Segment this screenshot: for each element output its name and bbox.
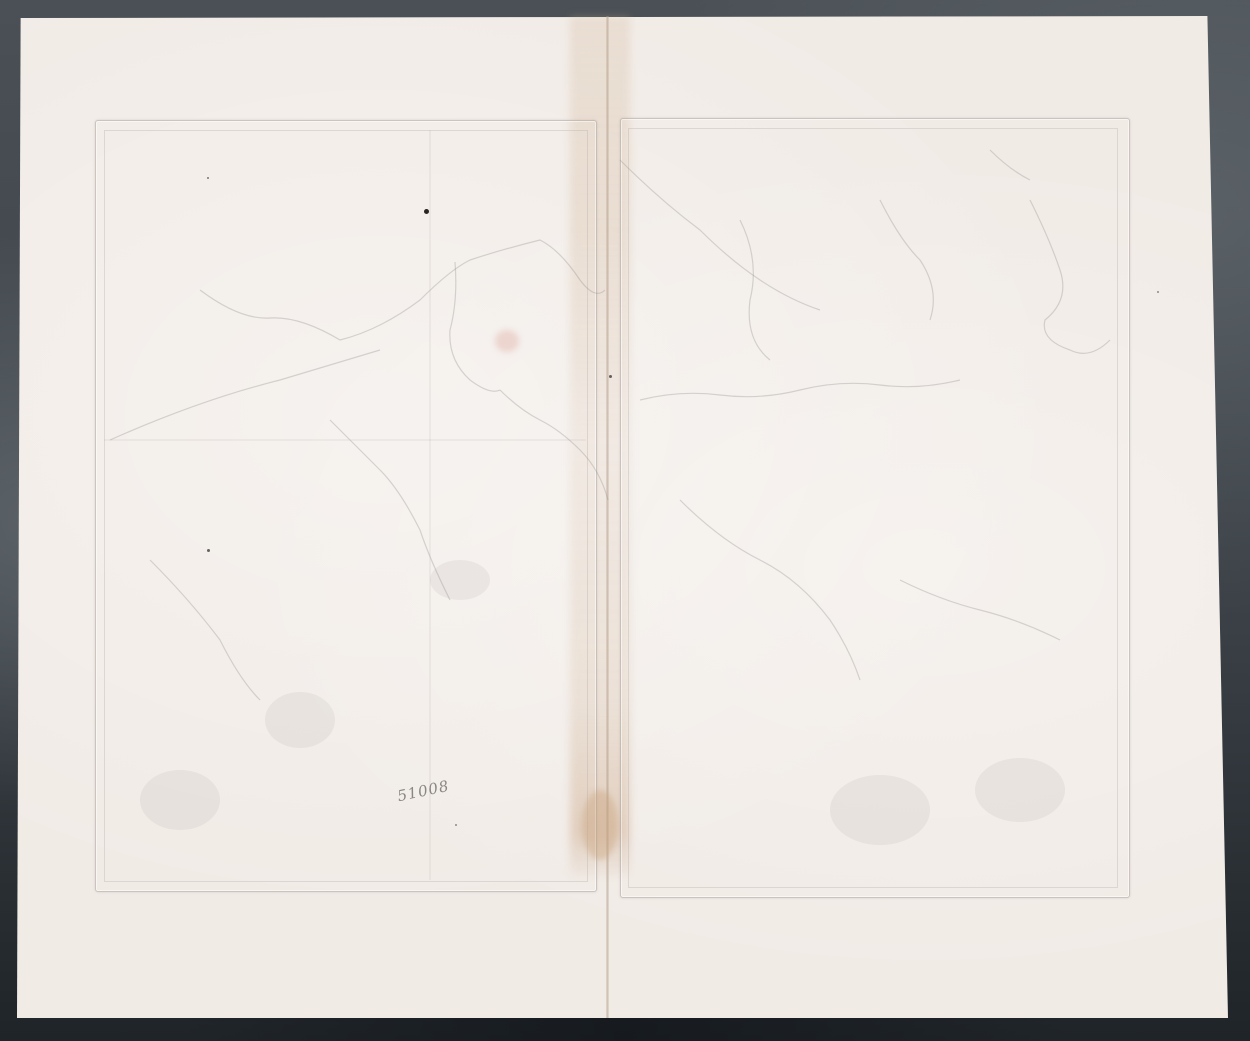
ink-speck bbox=[455, 824, 457, 826]
ink-speck bbox=[207, 177, 209, 179]
center-fold bbox=[606, 16, 609, 1018]
ink-speck bbox=[1157, 291, 1159, 293]
ink-speck bbox=[609, 375, 612, 378]
red-stain-spot bbox=[495, 330, 519, 352]
ink-speck bbox=[207, 549, 210, 552]
ink-speck bbox=[424, 209, 429, 214]
neatline-left bbox=[104, 130, 588, 882]
neatline-right bbox=[628, 128, 1118, 888]
fold-stain-spot bbox=[582, 790, 618, 860]
